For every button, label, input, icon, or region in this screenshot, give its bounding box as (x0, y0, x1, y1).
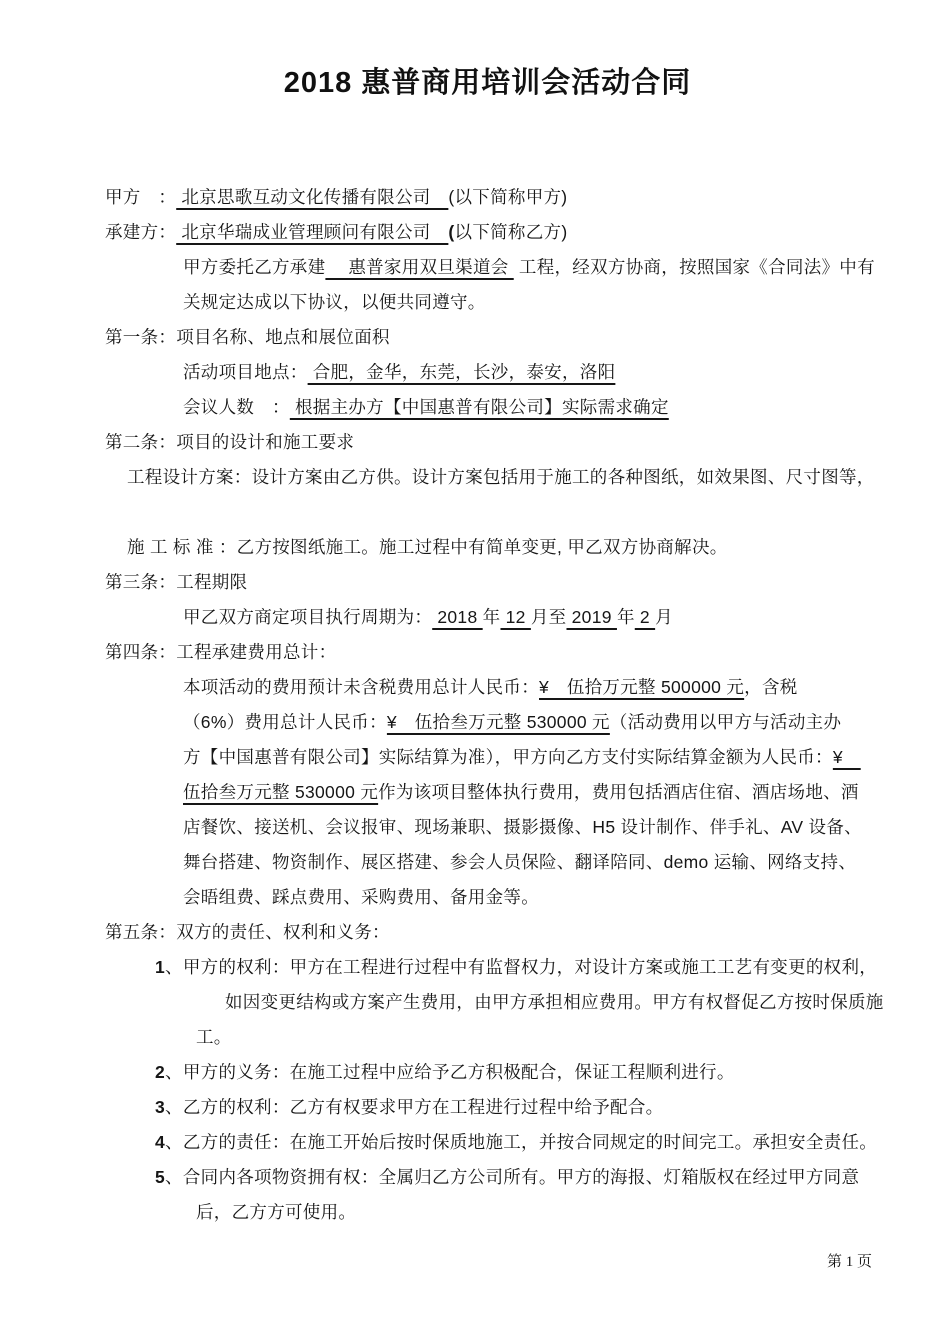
text-line: 甲方委托乙方承建 惠普家用双旦渠道会 工程，经双方协商，按照国家《合同法》中有 (105, 250, 870, 285)
text-line: 活动项目地点： 合肥，金华，东莞，长沙，泰安，洛阳 (105, 355, 870, 390)
text-segment: 甲方 ： (105, 187, 176, 207)
text-segment: 工。 (196, 1027, 232, 1047)
text-segment: 年 (617, 607, 635, 627)
text-segment: （活动费用以甲方与活动主办 (610, 712, 841, 732)
text-segment: 店餐饮、接送机、会议报审、现场兼职、摄影摄像、H5 设计制作、伴手礼、AV 设备… (183, 817, 862, 837)
text-segment: 第一条：项目名称、地点和展位面积 (105, 327, 390, 347)
text-segment: (以下简称甲方) (448, 187, 567, 207)
underlined-field: 惠普家用双旦渠道会 (325, 257, 513, 277)
text-segment: 、乙方的权利：乙方有权要求甲方在工程进行过程中给予配合。 (165, 1097, 663, 1117)
text-line: （6%）费用总计人民币：¥ 伍拾叁万元整 530000 元（活动费用以甲方与活动… (105, 705, 870, 740)
text-segment: 3 (155, 1097, 165, 1117)
underlined-field: 2 (635, 607, 655, 627)
text-line: 施 工 标 准 ：乙方按图纸施工。施工过程中有简单变更, 甲乙双方协商解决。 (105, 530, 870, 565)
text-segment: 后，乙方方可使用。 (196, 1202, 356, 1222)
text-segment: 工程，经双方协商，按照国家《合同法》中有 (514, 257, 875, 277)
text-segment: 、甲方的权利：甲方在工程进行过程中有监督权力，对设计方案或施工工艺有变更的权利， (165, 957, 877, 977)
text-segment: 第五条：双方的责任、权利和义务： (105, 922, 390, 942)
text-line: 甲乙双方商定项目执行周期为： 2018 年 12 月至 2019 年 2 月 (105, 600, 870, 635)
text-line: 第二条：项目的设计和施工要求 (105, 425, 870, 460)
text-segment: 甲乙双方商定项目执行周期为： (183, 607, 432, 627)
text-segment: 2 (155, 1062, 165, 1082)
text-segment: （6%）费用总计人民币： (183, 712, 387, 732)
underlined-field: 伍拾叁万元整 530000 元 (183, 782, 378, 802)
underlined-field: 合肥，金华，东莞，长沙，泰安，洛阳 (308, 362, 616, 382)
text-segment: 年 (483, 607, 501, 627)
text-line: 方【中国惠普有限公司】实际结算为准），甲方向乙方支付实际结算金额为人民币：¥ (105, 740, 870, 775)
text-segment: 施 工 标 准 ：乙方按图纸施工。施工过程中有简单变更, 甲乙双方协商解决。 (127, 537, 728, 557)
text-line: 5、合同内各项物资拥有权：全属归乙方公司所有。甲方的海报、灯箱版权在经过甲方同意 (105, 1160, 870, 1195)
blank-line (105, 495, 870, 530)
underlined-field: ¥ 伍拾叁万元整 530000 元 (387, 712, 610, 732)
text-segment: 月至 (531, 607, 567, 627)
text-line: 第四条：工程承建费用总计： (105, 635, 870, 670)
underlined-field: 12 (500, 607, 530, 627)
text-line: 关规定达成以下协议，以便共同遵守。 (105, 285, 870, 320)
underlined-field: 北京华瑞成业管理顾问有限公司 (176, 222, 448, 242)
text-segment: 月 (655, 607, 673, 627)
text-segment: 活动项目地点： (183, 362, 308, 382)
underlined-field: ¥ 伍拾万元整 500000 元 (539, 677, 744, 697)
underlined-field: 2019 (566, 607, 616, 627)
text-segment: 第二条：项目的设计和施工要求 (105, 432, 354, 452)
text-segment: 、乙方的责任：在施工开始后按时保质地施工，并按合同规定的时间完工。承担安全责任。 (165, 1132, 877, 1152)
text-line: 第三条：工程期限 (105, 565, 870, 600)
text-line: 会议人数 ： 根据主办方【中国惠普有限公司】实际需求确定 (105, 390, 870, 425)
text-line: 甲方 ： 北京思歌互动文化传播有限公司 (以下简称甲方) (105, 180, 870, 215)
text-segment: 本项活动的费用预计未含税费用总计人民币： (183, 677, 539, 697)
text-segment: 方【中国惠普有限公司】实际结算为准），甲方向乙方支付实际结算金额为人民币： (183, 747, 833, 767)
text-line: 3、乙方的权利：乙方有权要求甲方在工程进行过程中给予配合。 (105, 1090, 870, 1125)
text-line: 店餐饮、接送机、会议报审、现场兼职、摄影摄像、H5 设计制作、伴手礼、AV 设备… (105, 810, 870, 845)
text-line: 承建方： 北京华瑞成业管理顾问有限公司 (以下简称乙方) (105, 215, 870, 250)
text-line: 第一条：项目名称、地点和展位面积 (105, 320, 870, 355)
text-segment: 甲方委托乙方承建 (183, 257, 325, 277)
document-body: 甲方 ： 北京思歌互动文化传播有限公司 (以下简称甲方)承建方： 北京华瑞成业管… (105, 180, 870, 1230)
underlined-field: 北京思歌互动文化传播有限公司 (176, 187, 448, 207)
text-segment: 如因变更结构或方案产生费用，由甲方承担相应费用。甲方有权督促乙方按时保质施 (225, 992, 884, 1012)
text-line: 4、乙方的责任：在施工开始后按时保质地施工，并按合同规定的时间完工。承担安全责任… (105, 1125, 870, 1160)
text-line: 舞台搭建、物资制作、展区搭建、参会人员保险、翻译陪同、demo 运输、网络支持、 (105, 845, 870, 880)
text-line: 伍拾叁万元整 530000 元作为该项目整体执行费用，费用包括酒店住宿、酒店场地… (105, 775, 870, 810)
text-segment: 4 (155, 1132, 165, 1152)
underlined-field: ¥ (833, 747, 861, 767)
text-segment: 、合同内各项物资拥有权：全属归乙方公司所有。甲方的海报、灯箱版权在经过甲方同意 (165, 1167, 859, 1187)
text-segment: ，含税 (744, 677, 797, 697)
text-line: 工程设计方案：设计方案由乙方供。设计方案包括用于施工的各种图纸，如效果图、尺寸图… (105, 460, 870, 495)
text-segment: 、甲方的义务：在施工过程中应给予乙方积极配合，保证工程顺利进行。 (165, 1062, 735, 1082)
text-segment: 工程设计方案：设计方案由乙方供。设计方案包括用于施工的各种图纸，如效果图、尺寸图… (127, 467, 875, 487)
text-segment: 会晤组费、踩点费用、采购费用、备用金等。 (183, 887, 539, 907)
text-segment: 承建方： (105, 222, 176, 242)
underlined-field: 根据主办方【中国惠普有限公司】实际需求确定 (290, 397, 669, 417)
text-segment: 1 (155, 957, 165, 977)
text-line: 如因变更结构或方案产生费用，由甲方承担相应费用。甲方有权督促乙方按时保质施 (105, 985, 870, 1020)
document-title: 2018 惠普商用培训会活动合同 (105, 62, 870, 104)
text-segment: 关规定达成以下协议，以便共同遵守。 (183, 292, 486, 312)
text-segment: 第三条：工程期限 (105, 572, 247, 592)
text-line: 后，乙方方可使用。 (105, 1195, 870, 1230)
text-line: 1、甲方的权利：甲方在工程进行过程中有监督权力，对设计方案或施工工艺有变更的权利… (105, 950, 870, 985)
text-segment: 以下简称乙方) (455, 222, 568, 242)
text-segment: 5 (155, 1167, 165, 1187)
contract-page: 2018 惠普商用培训会活动合同 甲方 ： 北京思歌互动文化传播有限公司 (以下… (0, 0, 950, 1344)
text-line: 本项活动的费用预计未含税费用总计人民币：¥ 伍拾万元整 500000 元，含税 (105, 670, 870, 705)
text-segment: 第四条：工程承建费用总计： (105, 642, 336, 662)
text-line: 工。 (105, 1020, 870, 1055)
text-segment: 作为该项目整体执行费用，费用包括酒店住宿、酒店场地、酒 (378, 782, 859, 802)
text-line: 第五条：双方的责任、权利和义务： (105, 915, 870, 950)
text-segment: 舞台搭建、物资制作、展区搭建、参会人员保险、翻译陪同、demo 运输、网络支持、 (183, 852, 856, 872)
text-line: 会晤组费、踩点费用、采购费用、备用金等。 (105, 880, 870, 915)
page-number: 第 1 页 (827, 1250, 872, 1271)
text-segment: 会议人数 ： (183, 397, 290, 417)
text-line: 2、甲方的义务：在施工过程中应给予乙方积极配合，保证工程顺利进行。 (105, 1055, 870, 1090)
underlined-field: 2018 (432, 607, 482, 627)
